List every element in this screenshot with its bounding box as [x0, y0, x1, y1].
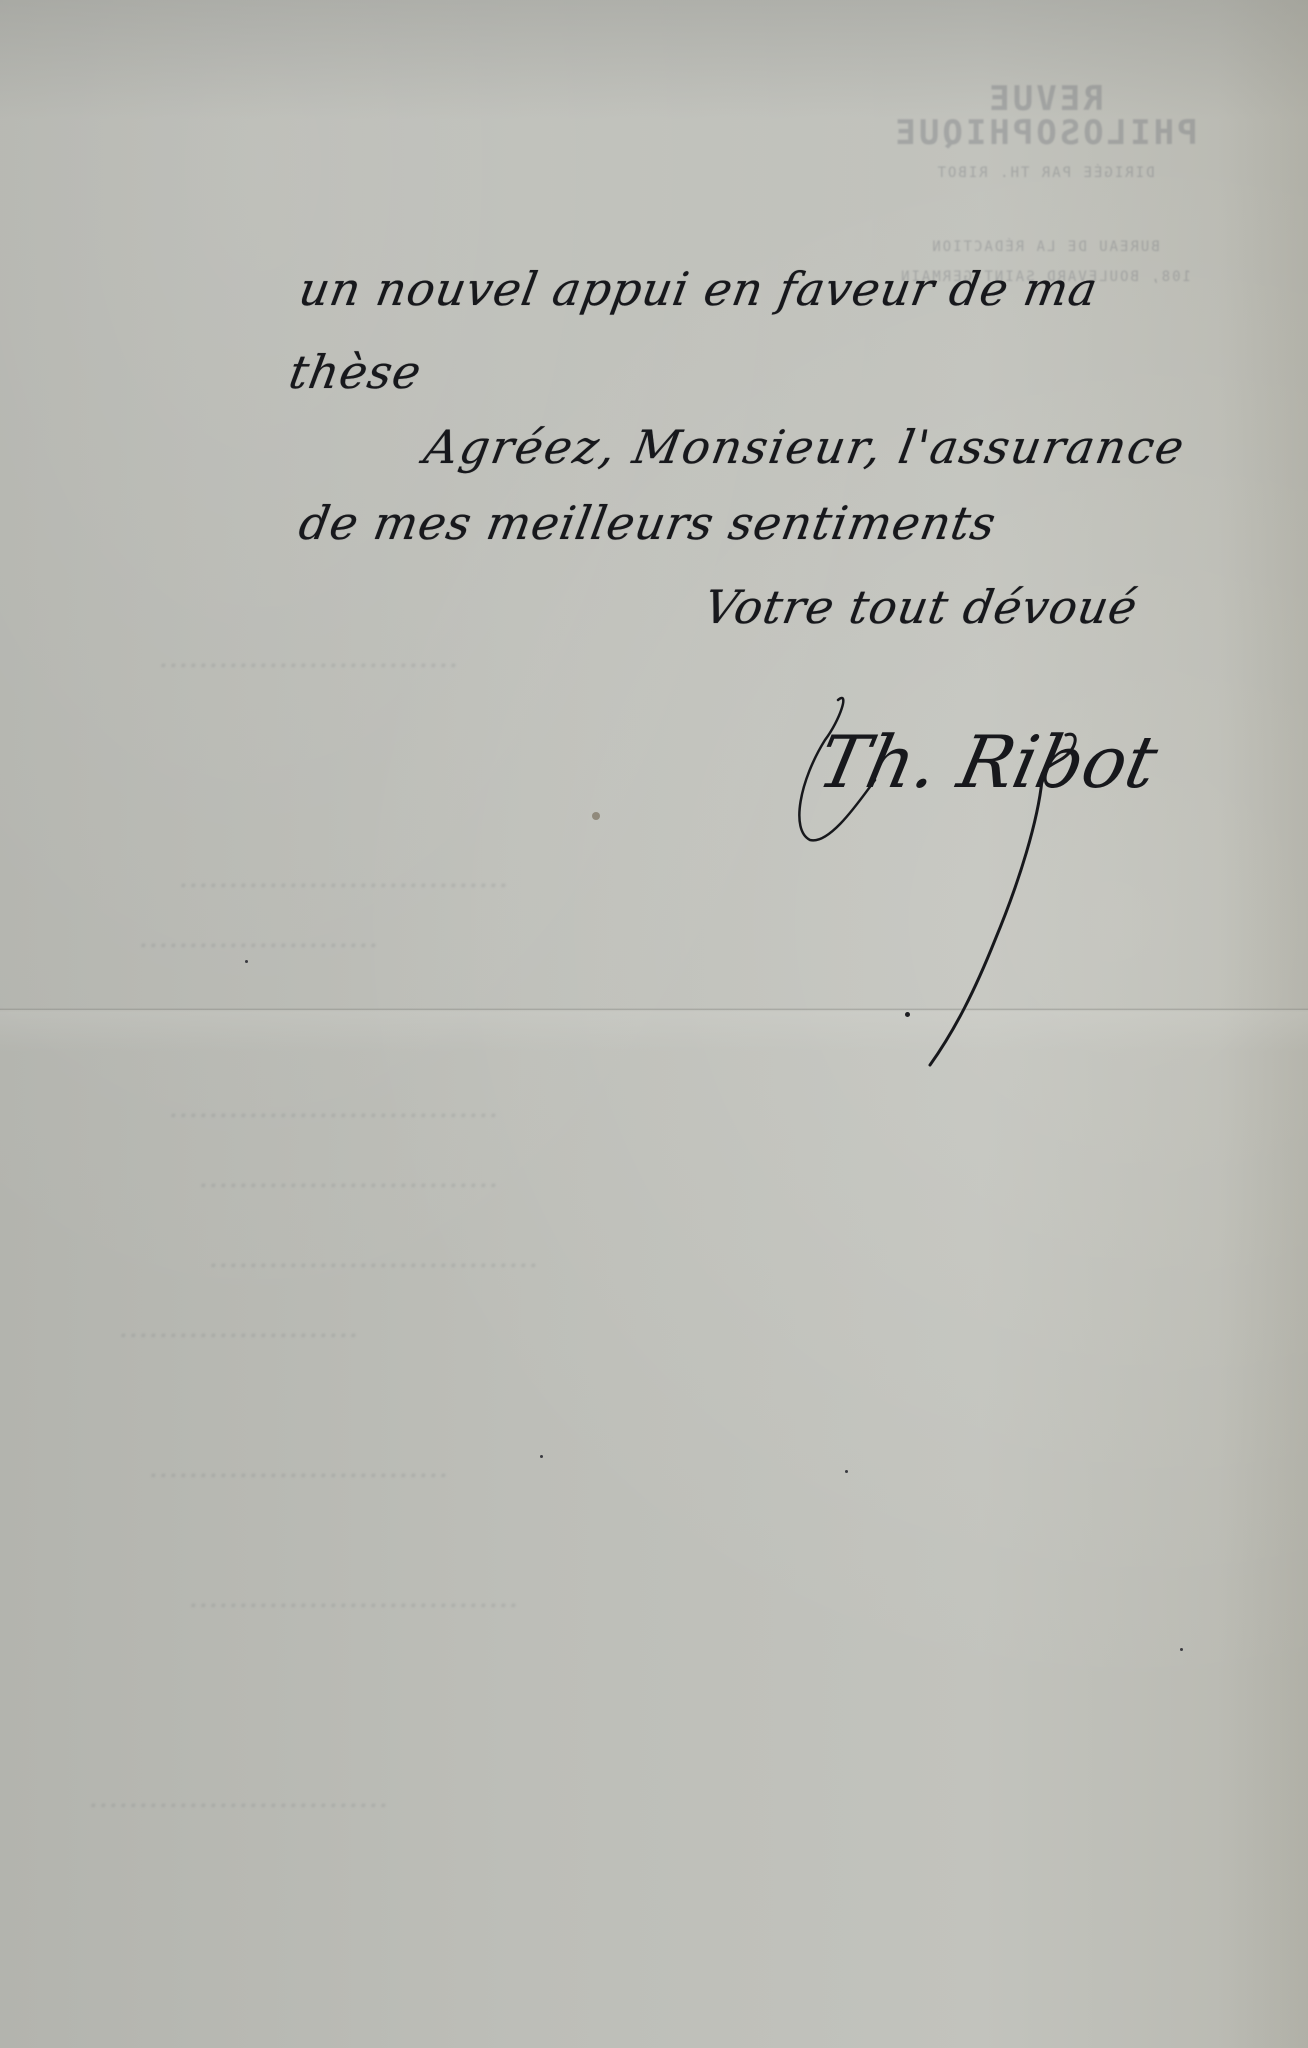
- bleed-through-letterhead: REVUE PHILOSOPHIQUE DIRIGÉE PAR TH. RIBO…: [835, 82, 1255, 284]
- letter-line-2: thèse: [285, 345, 426, 399]
- letter-closing-line-2: de mes meilleurs sentiments: [295, 496, 1000, 550]
- bleed-line: ……………………: [136, 920, 383, 955]
- bleed-line: …………………………: [196, 1160, 503, 1195]
- paper-stain: [592, 812, 600, 820]
- ink-speck: [905, 1012, 910, 1017]
- ink-speck: [845, 1470, 848, 1473]
- letterhead-line: BUREAU DE LA RÉDACTION: [835, 240, 1255, 254]
- bleed-line: ……………………: [116, 1310, 363, 1345]
- letterhead-title: REVUE PHILOSOPHIQUE: [835, 82, 1255, 150]
- letterhead-line: DIRIGÉE PAR TH. RIBOT: [835, 166, 1255, 180]
- letter-closing-line-1: Agréez, Monsieur, l'assurance: [420, 420, 1190, 474]
- bleed-line: ……………………………: [166, 1090, 503, 1125]
- ink-speck: [1180, 1648, 1183, 1651]
- letter-valediction: Votre tout dévoué: [700, 580, 1142, 634]
- letter-line-1: un nouvel appui en faveur de ma: [295, 262, 1102, 316]
- bleed-line: …………………………: [86, 1780, 393, 1815]
- bleed-line: …………………………: [156, 640, 463, 675]
- bleed-line: ……………………………: [186, 1580, 523, 1615]
- bleed-line: ……………………………: [206, 1240, 543, 1275]
- ink-speck: [245, 960, 248, 963]
- bleed-line: ……………………………: [176, 860, 513, 895]
- signature: Th. Ribot: [780, 680, 1160, 1080]
- ink-speck: [540, 1455, 543, 1458]
- bleed-line: …………………………: [146, 1450, 453, 1485]
- signature-flourish-icon: [780, 680, 1160, 1080]
